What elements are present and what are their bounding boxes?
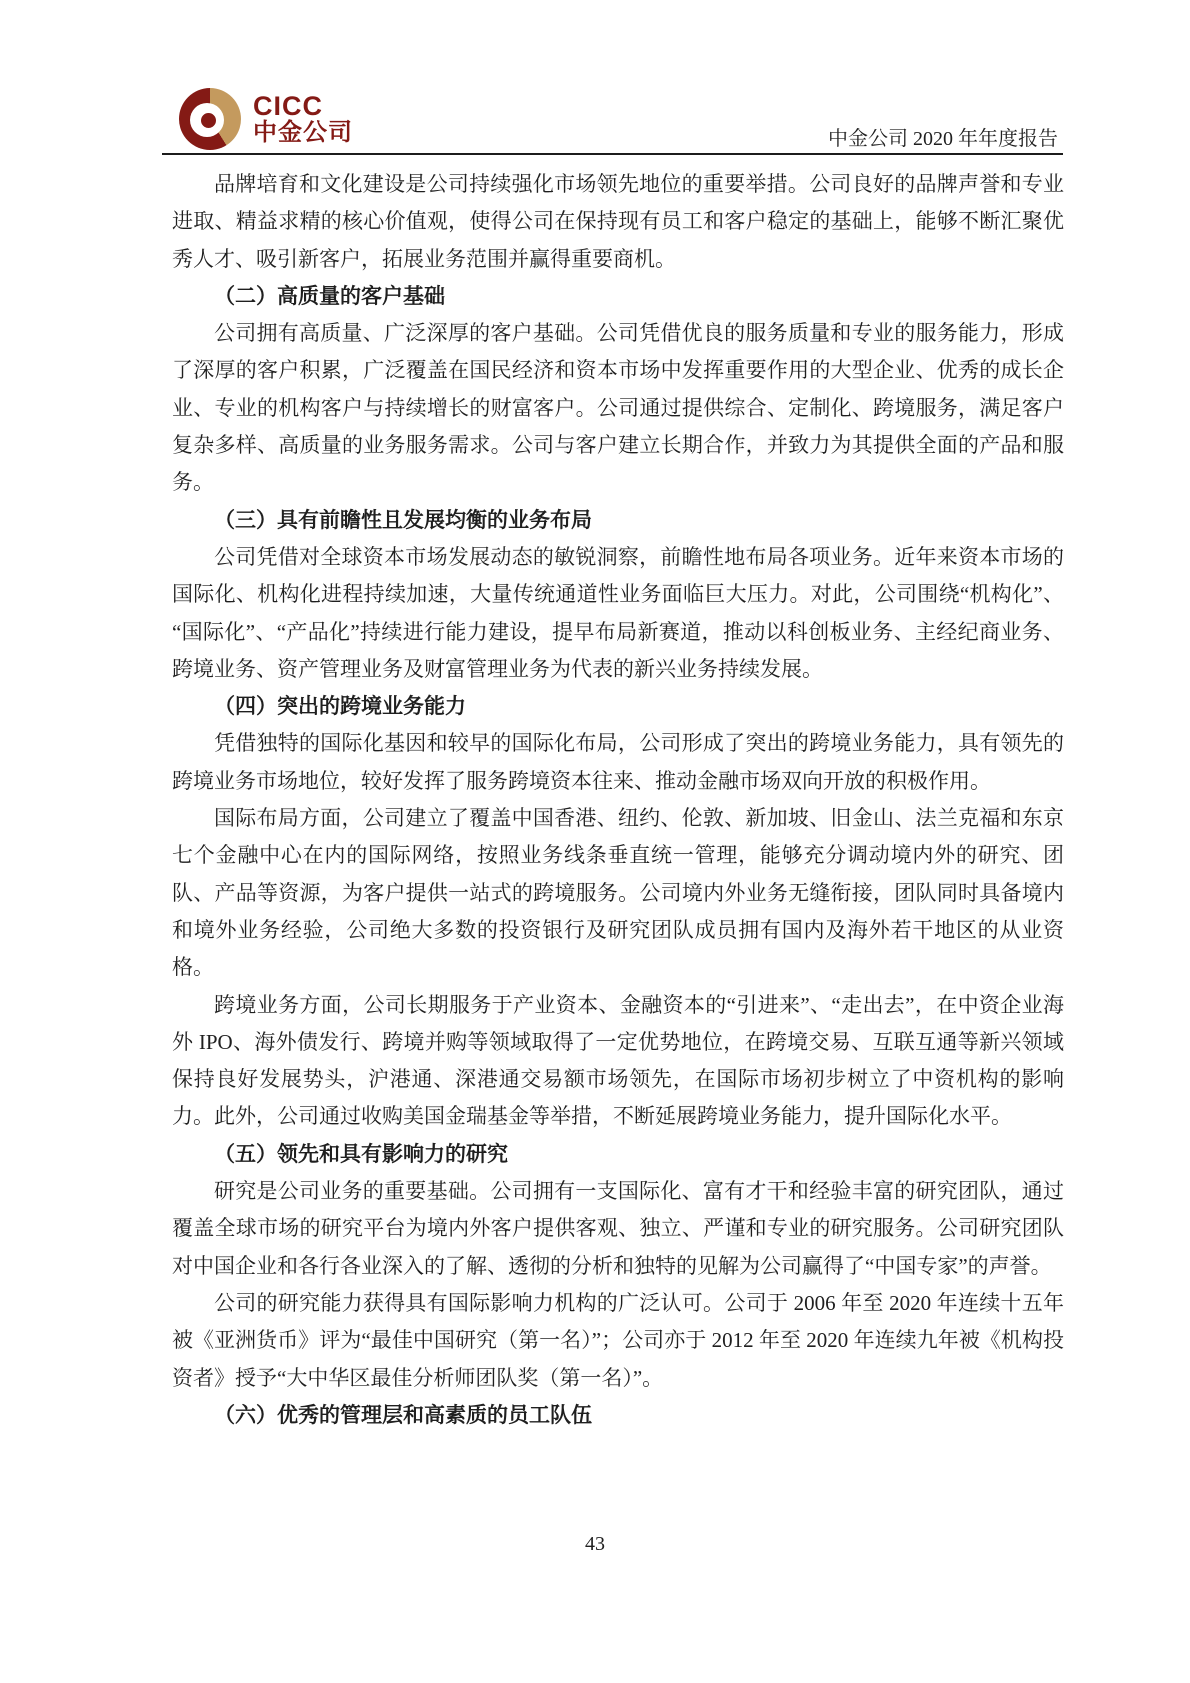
cicc-logo: CICC 中金公司 (179, 88, 353, 150)
document-body: 品牌培育和文化建设是公司持续强化市场领先地位的重要举措。公司良好的品牌声誉和专业… (172, 166, 1064, 1434)
report-page: CICC 中金公司 中金公司 2020 年年度报告 品牌培育和文化建设是公司持续… (0, 0, 1190, 1683)
paragraph-business-layout: 公司凭借对全球资本市场发展动态的敏锐洞察，前瞻性地布局各项业务。近年来资本市场的… (172, 539, 1064, 688)
brand-name-en: CICC (253, 92, 353, 120)
cicc-logo-icon (179, 88, 241, 150)
report-title: 中金公司 2020 年年度报告 (828, 122, 1058, 151)
cicc-logo-text: CICC 中金公司 (253, 92, 353, 145)
paragraph-crossborder-intro: 凭借独特的国际化基因和较早的国际化布局，公司形成了突出的跨境业务能力，具有领先的… (172, 725, 1064, 800)
cicc-logo-icon-dot (201, 113, 216, 128)
paragraph-research-awards: 公司的研究能力获得具有国际影响力机构的广泛认可。公司于 2006 年至 2020… (172, 1285, 1064, 1397)
heading-business-layout: （三）具有前瞻性且发展均衡的业务布局 (172, 502, 1064, 539)
paragraph-customer-base: 公司拥有高质量、广泛深厚的客户基础。公司凭借优良的服务质量和专业的服务能力，形成… (172, 315, 1064, 501)
paragraph-international-network: 国际布局方面，公司建立了覆盖中国香港、纽约、伦敦、新加坡、旧金山、法兰克福和东京… (172, 800, 1064, 986)
paragraph-crossborder-business: 跨境业务方面，公司长期服务于产业资本、金融资本的“引进来”、“走出去”，在中资企… (172, 987, 1064, 1136)
heading-crossborder-capability: （四）突出的跨境业务能力 (172, 688, 1064, 725)
page-number: 43 (0, 1533, 1190, 1556)
header-divider (162, 153, 1063, 155)
paragraph-brand-culture: 品牌培育和文化建设是公司持续强化市场领先地位的重要举措。公司良好的品牌声誉和专业… (172, 166, 1064, 278)
heading-research: （五）领先和具有影响力的研究 (172, 1136, 1064, 1173)
paragraph-research-team: 研究是公司业务的重要基础。公司拥有一支国际化、富有才干和经验丰富的研究团队，通过… (172, 1173, 1064, 1285)
brand-name-zh: 中金公司 (253, 121, 353, 146)
cicc-logo-icon-swirl (190, 103, 224, 137)
heading-customer-base: （二）高质量的客户基础 (172, 278, 1064, 315)
heading-management-staff: （六）优秀的管理层和高素质的员工队伍 (172, 1397, 1064, 1434)
